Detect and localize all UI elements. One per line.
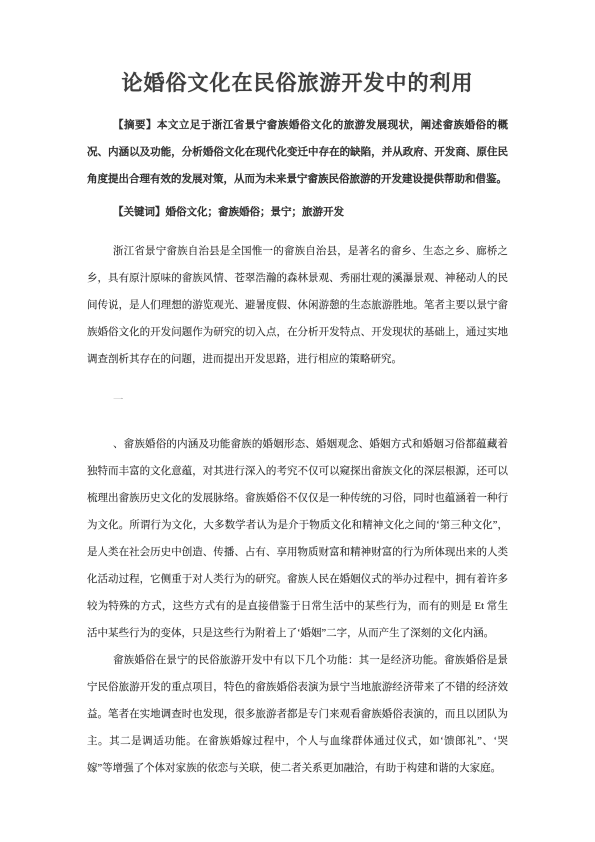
document-body: 【摘要】本文立足于浙江省景宁畲族婚俗文化的旅游发展现状，阐述畲族婚俗的概况、内涵…: [0, 112, 595, 782]
keywords-line: 【关键词】婚俗文化；畲族婚俗；景宁；旅游开发: [87, 199, 508, 226]
document-page: 论婚俗文化在民俗旅游开发中的利用 【摘要】本文立足于浙江省景宁畲族婚俗文化的旅游…: [0, 0, 595, 842]
abstract-paragraph: 【摘要】本文立足于浙江省景宁畲族婚俗文化的旅游发展现状，阐述畲族婚俗的概况、内涵…: [87, 112, 508, 193]
body-paragraph-1: 浙江省景宁畲族自治县是全国惟一的畲族自治县，是著名的畲乡、生态之乡、廊桥之乡，具…: [87, 238, 508, 373]
body-paragraph-3: 畲族婚俗在景宁的民俗旅游开发中有以下几个功能：其一是经济功能。畲族婚俗是景宁民俗…: [87, 647, 508, 782]
section-number-marker: 一: [87, 387, 508, 414]
body-paragraph-2: 、畲族婚俗的内涵及功能畲族的婚姻形态、婚姻观念、婚姻方式和婚姻习俗都蕴藏着独特而…: [87, 431, 508, 647]
page-title: 论婚俗文化在民俗旅游开发中的利用: [0, 71, 595, 97]
